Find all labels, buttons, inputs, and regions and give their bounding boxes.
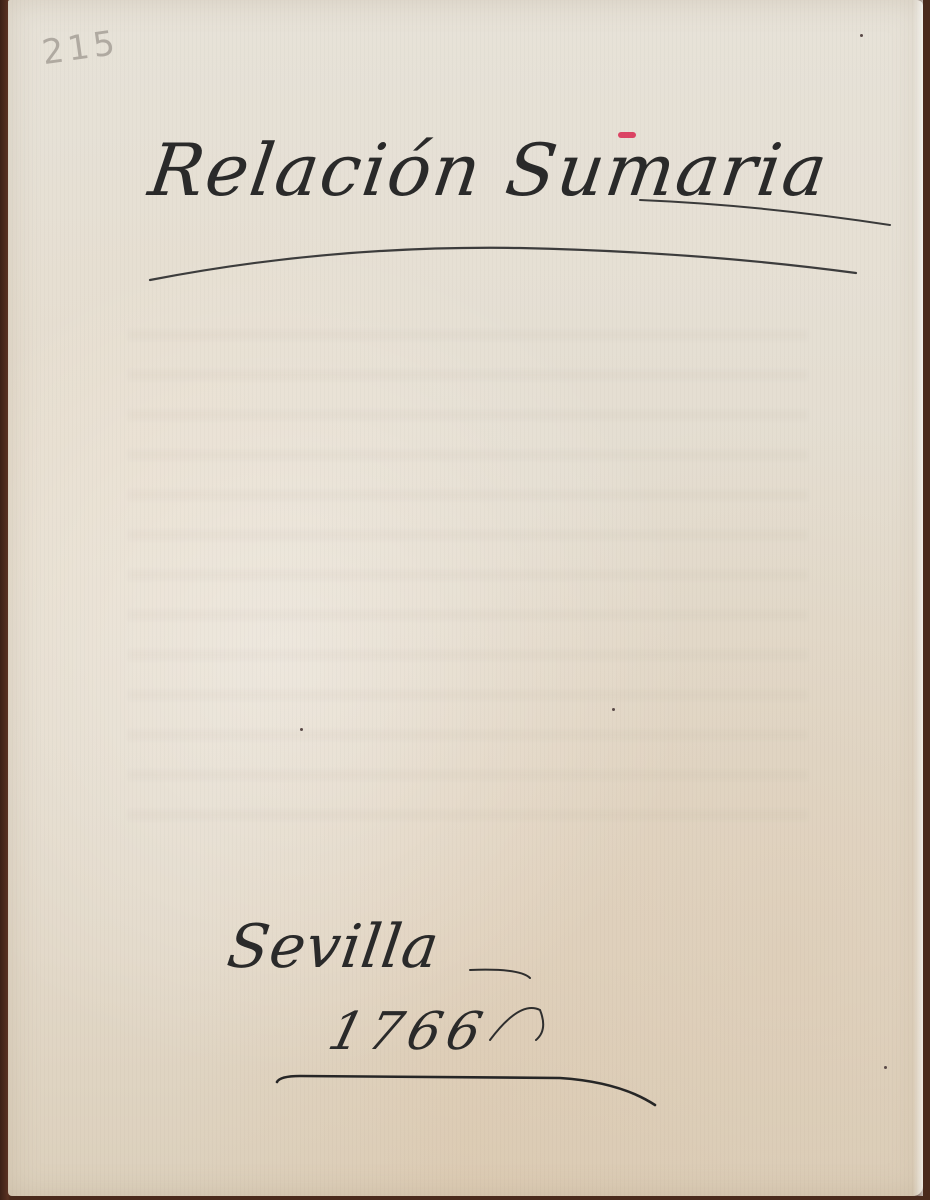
bleed-through-text (128, 300, 808, 820)
ink-speck (884, 1066, 887, 1069)
document-place: Sevilla (223, 912, 444, 982)
document-title: Relación Sumaria (144, 128, 834, 212)
ink-speck (612, 708, 615, 711)
ink-speck (860, 34, 863, 37)
paper-edge (913, 0, 923, 1196)
document-year: 1766 (323, 1002, 494, 1062)
photo-frame: 215 Relación Sumaria Sevilla 1766 (0, 0, 930, 1200)
ink-speck (300, 728, 303, 731)
